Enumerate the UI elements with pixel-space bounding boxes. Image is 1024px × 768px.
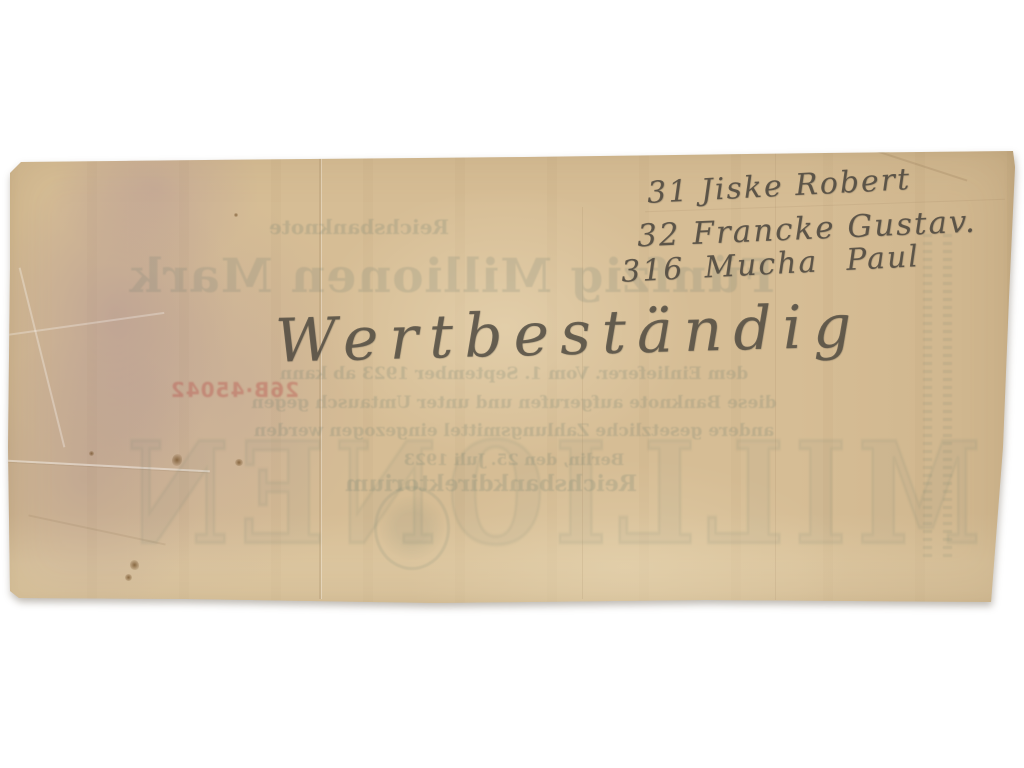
ghost-header-text: Reichsbanknote bbox=[289, 215, 449, 239]
ghost-giant-denomination-word: MILLIONEN bbox=[109, 413, 989, 577]
handwriting-entry-number: 316 bbox=[620, 252, 685, 290]
banknote-reverse: Reichsbanknote Fünfzig Millionen Mark de… bbox=[5, 147, 1017, 605]
foxing-speck bbox=[89, 451, 94, 456]
ghost-reichsbank-seal bbox=[374, 486, 450, 570]
ghost-border-ornament bbox=[943, 231, 952, 557]
photo-canvas: Reichsbanknote Fünfzig Millionen Mark de… bbox=[0, 0, 1024, 768]
ghost-border-ornament bbox=[923, 231, 932, 557]
ghost-body-line: diese Banknote aufgerufen und unter Umta… bbox=[234, 393, 794, 413]
handwriting-surname: Mucha bbox=[703, 245, 819, 286]
handwriting-firstname: Paul bbox=[845, 239, 920, 278]
foxing-speck bbox=[234, 213, 238, 217]
banknote-shadow-wrapper: Reichsbanknote Fünfzig Millionen Mark de… bbox=[5, 147, 1017, 605]
ghost-serial-number: 26B·45042 bbox=[162, 378, 307, 402]
